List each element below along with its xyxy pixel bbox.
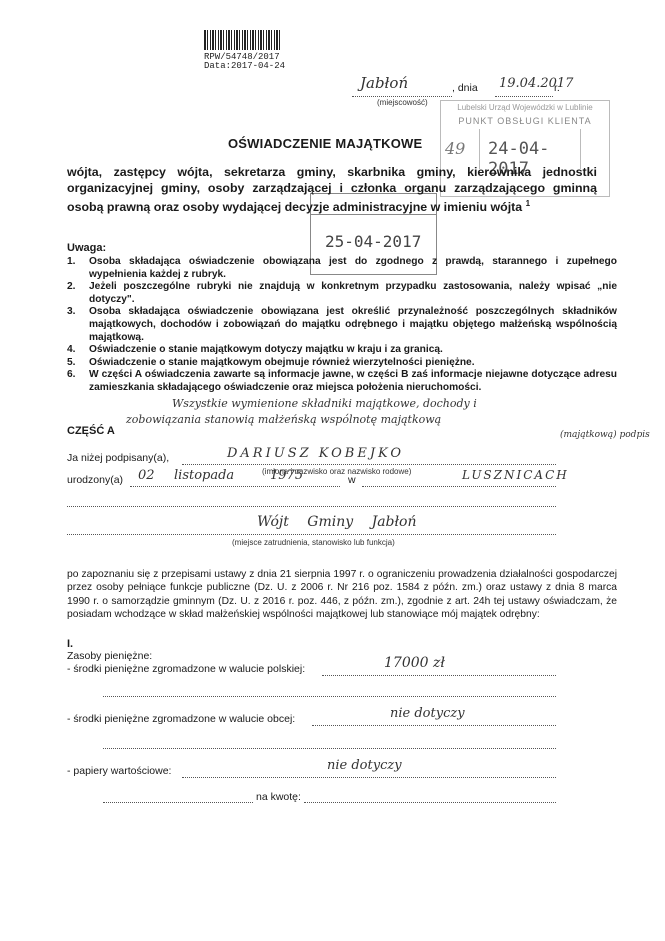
- note-text: Osoba składająca oświadczenie obowiązana…: [89, 306, 617, 344]
- place-caption: (miejscowość): [377, 98, 428, 107]
- securities-label: - papiery wartościowe:: [67, 765, 171, 777]
- section-number: I.: [67, 638, 73, 650]
- born-day: 02: [138, 468, 155, 483]
- date-prefix: , dnia: [452, 82, 478, 94]
- stamp-office-unit: PUNKT OBSŁUGI KLIENTA: [441, 116, 609, 126]
- note-item: 5.Oświadczenie o stanie majątkowym obejm…: [67, 357, 617, 370]
- securities-field: nie dotyczy: [182, 763, 556, 778]
- amount-label: na kwotę:: [256, 791, 301, 803]
- note-text: Oświadczenie o stanie majątkowym dotyczy…: [89, 344, 617, 357]
- note-number: 1.: [67, 256, 89, 281]
- resources-heading: Zasoby pieniężne:: [67, 650, 152, 662]
- registry-date: Data:2017-04-24: [204, 62, 285, 71]
- note-text: Oświadczenie o stanie majątkowym obejmuj…: [89, 357, 617, 370]
- securities-detail-field: [103, 790, 253, 803]
- signed-value: DARIUSZ KOBEJKO: [227, 446, 404, 461]
- signed-field: DARIUSZ KOBEJKO: [182, 450, 556, 465]
- foreign-field: nie dotyczy: [312, 711, 556, 726]
- handwritten-note-1: Wszystkie wymienione składniki majątkowe…: [172, 397, 612, 410]
- note-item: 1.Osoba składająca oświadczenie obowiąza…: [67, 256, 617, 281]
- signed-label: Ja niżej podpisany(a),: [67, 452, 169, 464]
- note-number: 5.: [67, 357, 89, 370]
- date-suffix: r.: [554, 82, 560, 94]
- pln-value: 17000 zł: [384, 655, 445, 671]
- foreign-value: nie dotyczy: [390, 706, 465, 721]
- date-value: 19.04.2017: [499, 76, 573, 91]
- note-number: 4.: [67, 344, 89, 357]
- note-item: 6.W części A oświadczenia zawarte są inf…: [67, 369, 617, 394]
- born-year: 1975: [270, 468, 303, 483]
- handwritten-note-3: (majątkową) podpis: [560, 430, 650, 440]
- notes-heading: Uwaga:: [67, 242, 106, 254]
- declaration-text: po zapoznaniu się z przepisami ustawy z …: [67, 568, 617, 622]
- employment-field: Wójt Gminy Jabłoń: [67, 520, 556, 535]
- document-subtitle: wójta, zastępcy wójta, sekretarza gminy,…: [67, 164, 597, 215]
- note-item: 3.Osoba składająca oświadczenie obowiąza…: [67, 306, 617, 344]
- note-text: Osoba składająca oświadczenie obowiązana…: [89, 256, 617, 281]
- born-label: urodzony(a): [67, 474, 123, 486]
- born-date-field: 02 listopada 1975: [130, 472, 340, 487]
- blank-line: [67, 498, 556, 507]
- notes-list: 1.Osoba składająca oświadczenie obowiąza…: [67, 256, 617, 395]
- note-item: 2.Jeżeli poszczególne rubryki nie znajdu…: [67, 281, 617, 306]
- note-item: 4.Oświadczenie o stanie majątkowym dotyc…: [67, 344, 617, 357]
- employment-value: Wójt Gminy Jabłoń: [257, 514, 417, 530]
- note-number: 3.: [67, 306, 89, 344]
- amount-field: [304, 790, 556, 803]
- note-text: W części A oświadczenia zawarte są infor…: [89, 369, 617, 394]
- pln-field: 17000 zł: [322, 661, 556, 676]
- stamp-second-date: 25-04-2017: [325, 232, 421, 251]
- employment-caption: (miejsce zatrudnienia, stanowisko lub fu…: [232, 538, 395, 547]
- date-field: 19.04.2017: [495, 80, 553, 97]
- born-place-field: LUSZNICACH: [362, 472, 556, 487]
- footnote-marker: 1: [526, 199, 530, 208]
- document-title: OŚWIADCZENIE MAJĄTKOWE: [0, 136, 665, 151]
- note-number: 2.: [67, 281, 89, 306]
- born-place: LUSZNICACH: [462, 468, 569, 482]
- place-value: Jabłoń: [360, 74, 408, 92]
- foreign-label: - środki pieniężne zgromadzone w walucie…: [67, 713, 295, 725]
- blank-line: [103, 740, 556, 749]
- barcode: [204, 30, 280, 50]
- stamp-office-name: Lubelski Urząd Wojewódzki w Lublinie: [441, 103, 609, 112]
- note-text: Jeżeli poszczególne rubryki nie znajdują…: [89, 281, 617, 306]
- subtitle-text: wójta, zastępcy wójta, sekretarza gminy,…: [67, 165, 597, 214]
- born-in-label: w: [348, 474, 356, 486]
- handwritten-note-2: zobowiązania stanowią małżeńską wspólnot…: [126, 413, 626, 426]
- note-number: 6.: [67, 369, 89, 394]
- blank-line: [103, 688, 556, 697]
- born-month: listopada: [174, 468, 234, 483]
- pln-label: - środki pieniężne zgromadzone w walucie…: [67, 663, 305, 675]
- part-a-heading: CZĘŚĆ A: [67, 425, 115, 437]
- place-field: Jabłoń: [352, 80, 452, 97]
- securities-value: nie dotyczy: [327, 758, 402, 773]
